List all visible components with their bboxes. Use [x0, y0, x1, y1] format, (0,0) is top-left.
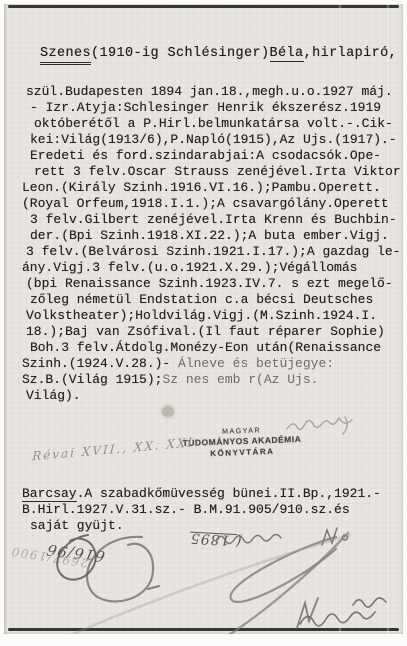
line18-start: Szinh.(1924.V.28.)-: [22, 356, 178, 371]
body-line: ány.Vigj.3 felv.(u.o.1921.X.29.);Végállo…: [22, 260, 402, 276]
reference-author-underlined: Barcsay: [22, 486, 77, 502]
firstname-underlined: Béla: [270, 46, 304, 62]
body-line: 18.);Baj van Zsófival.(Il faut réparer S…: [26, 324, 402, 340]
body-line: rett 3 felv.Oscar Strauss zenéjével.Irta…: [34, 164, 402, 180]
line19-start: Sz.B.(Világ 1915);: [22, 372, 162, 387]
biography-text: szül.Budapesten 1894 jan.18.,megh.u.o.19…: [22, 84, 402, 404]
body-line: 3 felv.Gilbert zenéjével.Irta Krenn és B…: [30, 212, 402, 228]
index-card: Szenes(1910-ig Schlésinger)Béla,hirlapir…: [4, 4, 403, 634]
reference-line: B.Hirl.1927.V.31.sz.- B.M.91.905/910.sz.…: [22, 502, 402, 518]
scanned-card-page: Szenes(1910-ig Schlésinger)Béla,hirlapir…: [0, 0, 407, 646]
body-line: der.(Bpi Szinh.1918.XI.22.);A buta ember…: [30, 228, 402, 244]
body-line: októberétől a P.Hirl.belmunkatársa volt.…: [34, 116, 402, 132]
body-line: 3 felv.(Belvárosi Szinh.1921.I.17.);A ga…: [26, 244, 402, 260]
body-line: (bpi Renaissance Szinh.1923.IV.7. s ezt …: [26, 276, 402, 292]
title-suffix: ,hirlapiró,: [304, 46, 398, 61]
pencil-loop-right: [231, 537, 336, 602]
body-line: szül.Budapesten 1894 jan.18.,megh.u.o.19…: [26, 84, 402, 100]
pencil-note-year-upside-down: ( 1895: [190, 530, 242, 549]
reference-line: Barcsay.A szabadkőmüvesség bünei.II.Bp.,…: [22, 486, 402, 502]
body-line: zőleg németül Endstation c.a bécsi Deuts…: [30, 292, 402, 308]
body-line: Volkstheater);Holdvilág.Vigj.(M.Szinh.19…: [26, 308, 402, 324]
surname-underlined: Szenes: [40, 46, 91, 65]
body-line: Leon.(Király Szinh.1916.VI.16.);Pambu.Op…: [22, 180, 402, 196]
pencil-signature-scribble: [300, 598, 386, 626]
body-line: - Izr.Atyja:Schlesinger Henrik ékszerész…: [30, 100, 402, 116]
line18-faded: Álneve és betüjegye:: [178, 356, 334, 371]
line19-faded: Sz nes emb r(Az Ujs.: [162, 372, 318, 387]
pencil-check-stroke: [297, 598, 318, 628]
reference-title: .A szabadkőmüvesség bünei.II.Bp.,1921.-: [77, 486, 381, 501]
body-line: Boh.3 felv.Átdolg.Monézy-Eon után(Renais…: [30, 340, 402, 356]
pencil-note-revai: Révai XVII., XX. XXI.: [32, 435, 200, 464]
card-title: Szenes(1910-ig Schlésinger)Béla,hirlapir…: [40, 46, 397, 61]
body-line: Sz.B.(Világ 1915);Sz nes emb r(Az Ujs.: [22, 372, 402, 388]
ink-smudge: [162, 406, 174, 417]
body-line: kei:Világ(1913/6),P.Napló(1915),Az Ujs.(…: [30, 132, 402, 148]
body-line: Eredeti és ford.szindarabjai:A csodacsók…: [30, 148, 402, 164]
body-line: Világ).: [26, 388, 402, 404]
title-middle: (1910-ig Schlésinger): [91, 46, 270, 61]
body-line: (Royal Orfeum,1918.I.1.);A csavargólány.…: [22, 196, 402, 212]
body-line: Szinh.(1924.V.28.)- Álneve és betüjegye:: [22, 356, 402, 372]
pencil-dash: [148, 586, 159, 589]
reference-block: Barcsay.A szabadkőmüvesség bünei.II.Bp.,…: [22, 486, 402, 534]
